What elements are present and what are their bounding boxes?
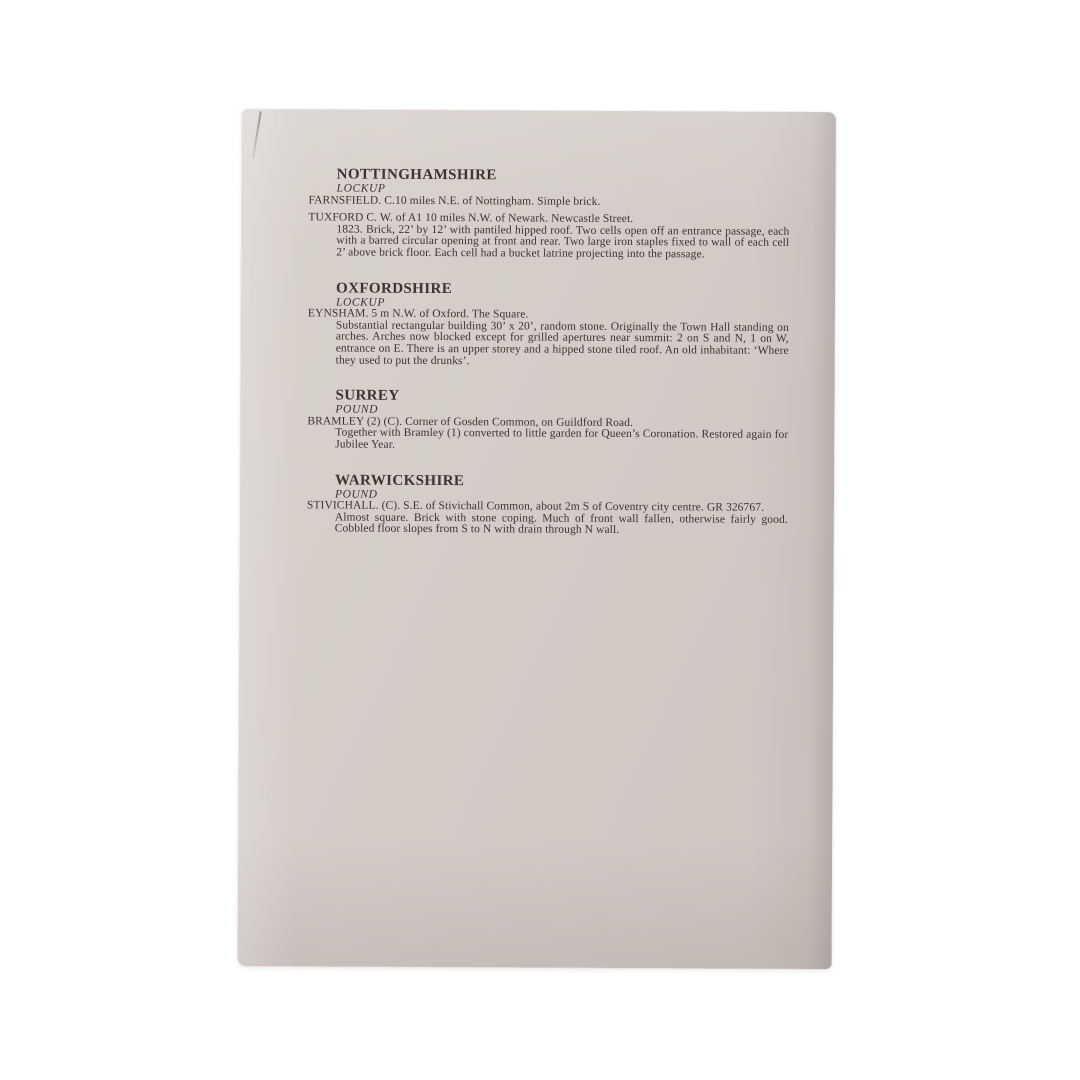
entry-bramley: BRAMLEY (2) (C). Corner of Gosden Common… (335, 416, 788, 453)
county-heading: OXFORDSHIRE (336, 280, 789, 299)
entry-eynsham: EYNSHAM. 5 m N.W. of Oxford. The Square.… (336, 309, 789, 369)
section-oxfordshire: OXFORDSHIRE LOCKUP EYNSHAM. 5 m N.W. of … (336, 280, 789, 369)
entry-tuxford: TUXFORD C. W. of A1 10 miles N.W. of New… (336, 213, 789, 262)
entry-detail: 1823. Brick, 22’ by 12’ with pantiled hi… (336, 224, 789, 261)
entry-farnsfield: FARNSFIELD. C.10 miles N.E. of Nottingha… (336, 195, 789, 209)
entry-detail: Almost square. Brick with stone coping. … (335, 512, 788, 538)
entry-detail: Together with Bramley (1) converted to l… (335, 428, 788, 454)
section-surrey: SURREY POUND BRAMLEY (2) (C). Corner of … (335, 388, 788, 454)
page-crease-mark (252, 111, 261, 159)
county-heading: WARWICKSHIRE (335, 472, 788, 491)
photo-canvas: NOTTINGHAMSHIRE LOCKUP FARNSFIELD. C.10 … (0, 0, 1080, 1080)
entry-detail: Substantial rectangular building 30’ x 2… (336, 320, 789, 369)
page-content: NOTTINGHAMSHIRE LOCKUP FARNSFIELD. C.10 … (335, 166, 790, 558)
section-warwickshire: WARWICKSHIRE POUND STIVICHALL. (C). S.E.… (335, 472, 788, 538)
entry-stivichall: STIVICHALL. (C). S.E. of Stivichall Comm… (335, 501, 788, 538)
document-page: NOTTINGHAMSHIRE LOCKUP FARNSFIELD. C.10 … (238, 109, 836, 969)
section-nottinghamshire: NOTTINGHAMSHIRE LOCKUP FARNSFIELD. C.10 … (336, 166, 789, 261)
county-heading: NOTTINGHAMSHIRE (337, 166, 790, 185)
entry-heading: FARNSFIELD. C.10 miles N.E. of Nottingha… (336, 195, 789, 209)
